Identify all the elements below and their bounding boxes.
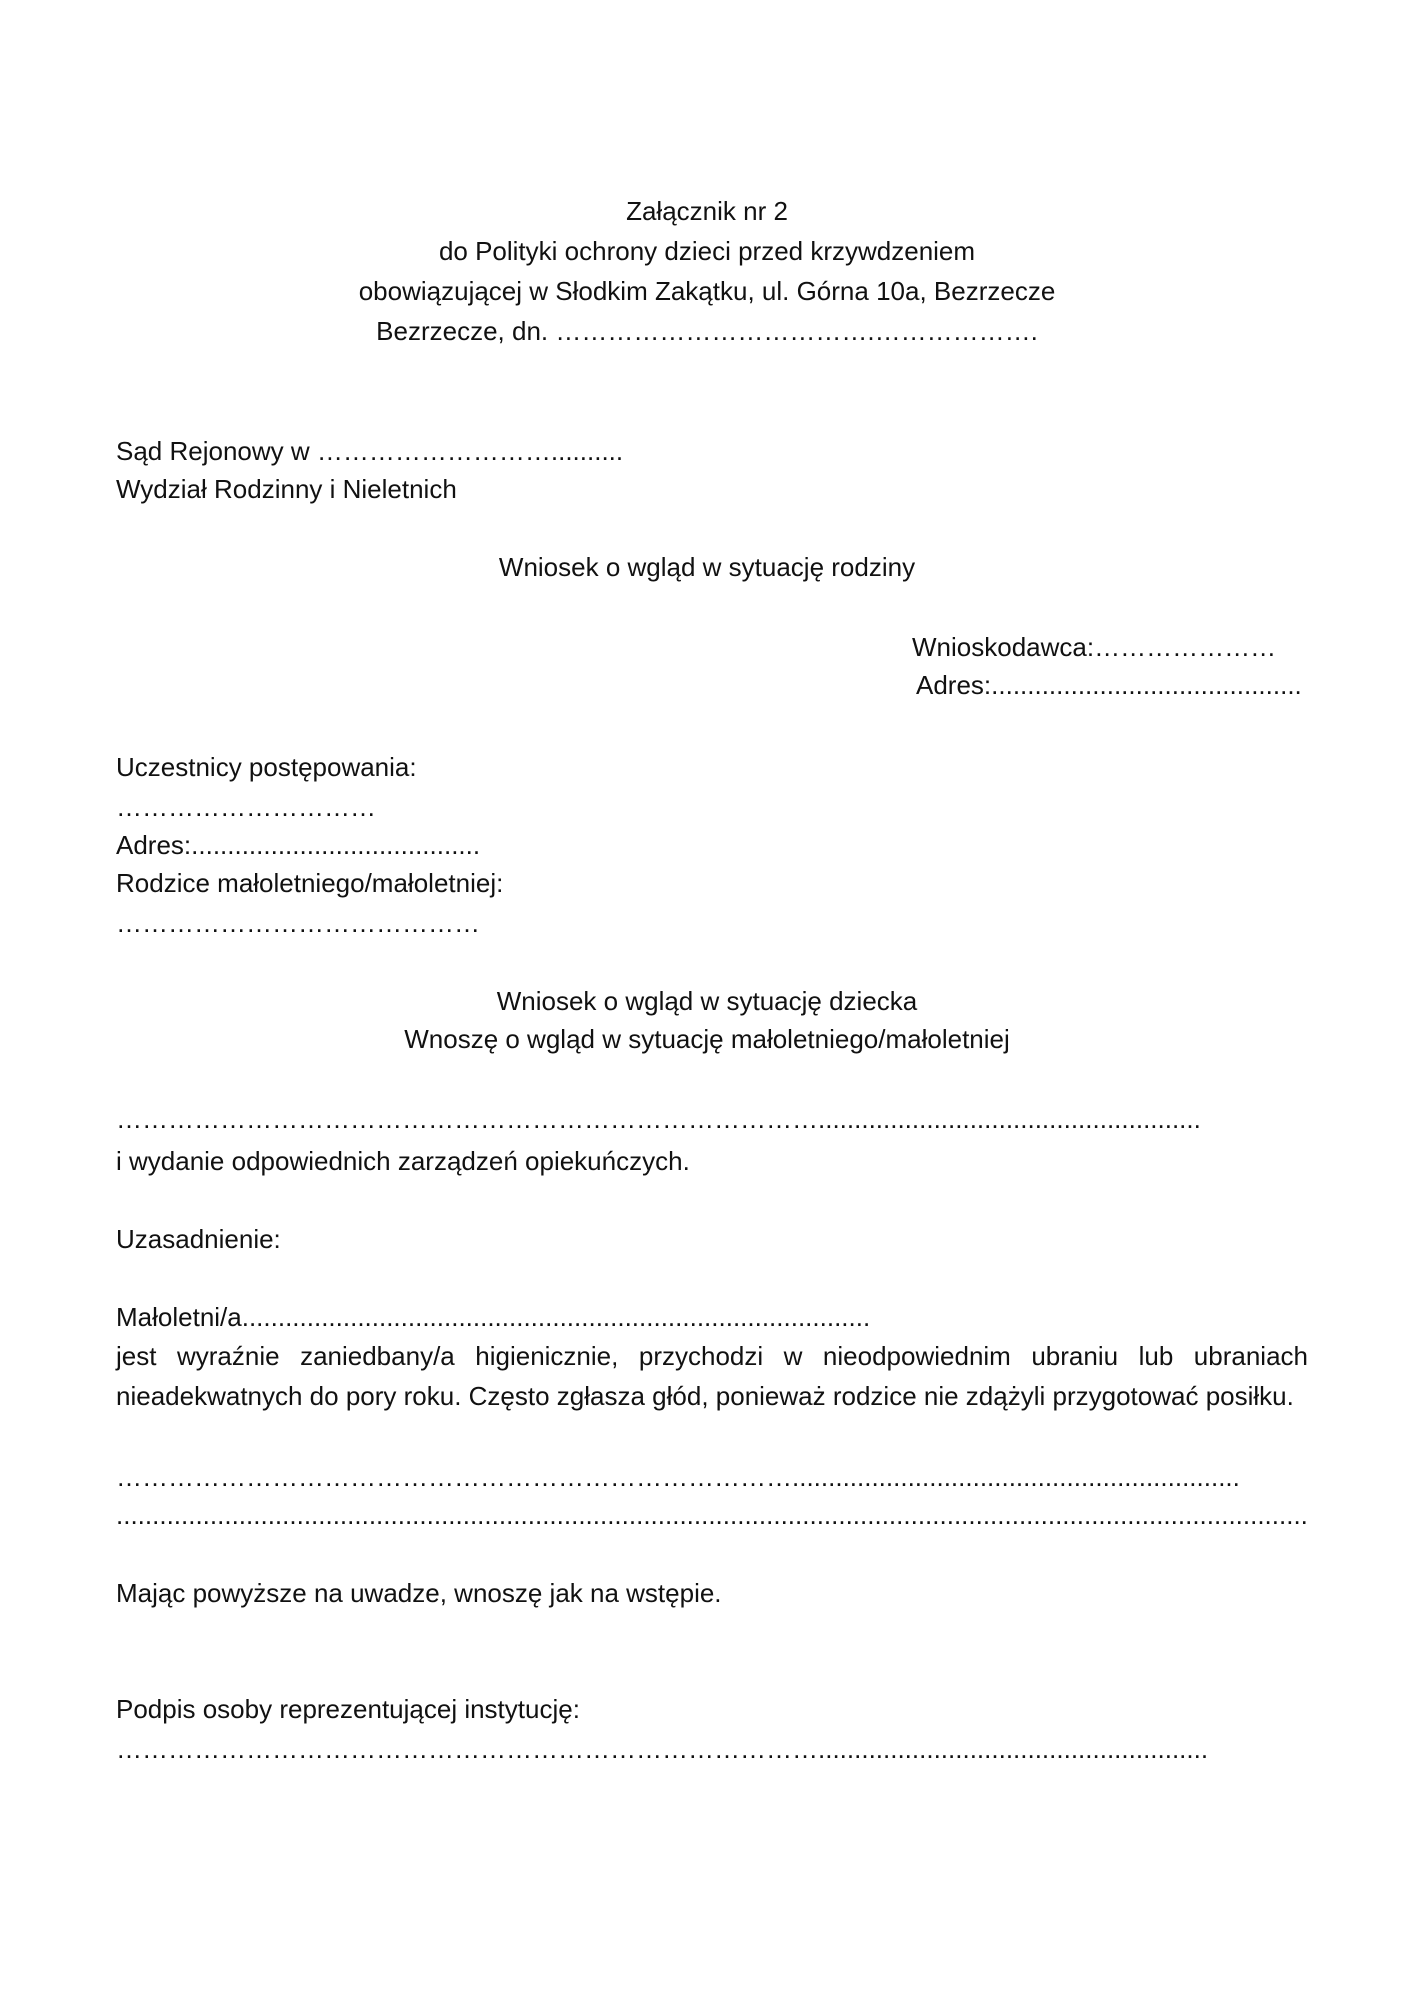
participant-name-field[interactable]: …………………………: [116, 792, 376, 822]
request-child-title: Wniosek o wgląd w sytuację dziecka: [0, 986, 1414, 1016]
court-division: Wydział Rodzinny i Nieletnich: [116, 474, 457, 504]
signature-field[interactable]: ……………………………………………………………………….............…: [116, 1734, 1308, 1764]
place-date-line[interactable]: Bezrzecze, dn. ……………………………….……………….: [0, 316, 1414, 346]
request-blank-field[interactable]: ……………………………………………………………………….............…: [116, 1104, 1308, 1134]
request-family-title: Wniosek o wgląd w sytuację rodziny: [0, 552, 1414, 582]
signature-label: Podpis osoby reprezentującej instytucję:: [116, 1694, 580, 1724]
attachment-institution-line: obowiązującej w Słodkim Zakątku, ul. Gór…: [0, 276, 1414, 306]
justification-label: Uzasadnienie:: [116, 1224, 281, 1254]
request-child-subtitle: Wnoszę o wgląd w sytuację małoletniego/m…: [0, 1024, 1414, 1054]
attachment-title: Załącznik nr 2: [0, 196, 1414, 226]
justification-blank-field-1[interactable]: ……………………………………………………………………..............…: [116, 1462, 1308, 1492]
request-continuation: i wydanie odpowiednich zarządzeń opiekuń…: [116, 1146, 690, 1176]
participant-address-field[interactable]: Adres:..................................…: [116, 830, 480, 860]
parents-label: Rodzice małoletniego/małoletniej:: [116, 868, 503, 898]
minor-name-field[interactable]: Małoletni/a.............................…: [116, 1302, 870, 1332]
attachment-policy-line: do Polityki ochrony dzieci przed krzywdz…: [0, 236, 1414, 266]
court-line[interactable]: Sąd Rejonowy w ………………………..........: [116, 436, 623, 466]
closing-statement: Mając powyższe na uwadze, wnoszę jak na …: [116, 1578, 722, 1608]
justification-paragraph: jest wyraźnie zaniedbany/a higienicznie,…: [116, 1336, 1308, 1416]
participants-label: Uczestnicy postępowania:: [116, 752, 417, 782]
justification-blank-field-2[interactable]: ........................................…: [116, 1500, 1308, 1530]
applicant-name-field[interactable]: Wnioskodawca:…………………: [912, 632, 1276, 662]
applicant-address-field[interactable]: Adres:..................................…: [916, 670, 1302, 700]
parents-field[interactable]: ……………………………………: [116, 908, 480, 938]
